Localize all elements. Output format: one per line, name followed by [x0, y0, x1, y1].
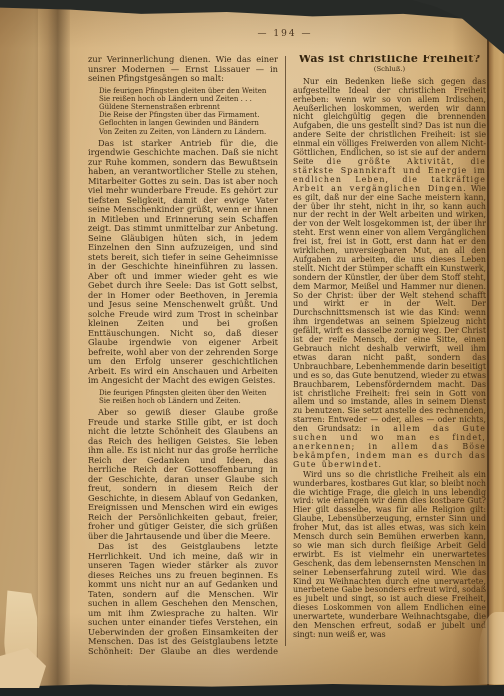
poem-line: Sie reißen hoch ob Ländern und Zeiten.	[99, 397, 278, 405]
poem-line: Die feurigen Pfingsten gleiten über den …	[99, 389, 278, 397]
poem-line: Güldene Sternenstraßen erbrennt	[99, 103, 278, 111]
adjacent-page-edge	[487, 0, 504, 696]
page-number: — 194 —	[185, 29, 385, 39]
poem-quote: Die feurigen Pfingsten gleiten über den …	[99, 389, 278, 405]
left-margin-shade	[0, 0, 38, 696]
poem-quote: Die feurigen Pfingsten gleiten über den …	[99, 87, 278, 136]
paragraph: zur Verinnerlichung dienen. Wie das eine…	[88, 55, 278, 84]
poem-line: Die Reise der Pfingsten über das Firmame…	[99, 111, 278, 119]
paragraph: Das ist starker Antrieb für die, die irg…	[88, 139, 278, 386]
paragraph: Das ist des Geistglaubens letzte Herrlic…	[88, 542, 278, 655]
poem-line: Von Zeiten zu Zeiten, von Ländern zu Län…	[99, 128, 278, 136]
poem-line: Geflochten in langen Gewinden und Bänder…	[99, 119, 278, 127]
paragraph: Aber so gewiß dieser Glaube große Freude…	[88, 408, 278, 541]
poem-line: Die feurigen Pfingsten gleiten über den …	[99, 87, 278, 95]
left-column: zur Verinnerlichung dienen. Wie das eine…	[88, 55, 278, 655]
poem-line: Sie reißen hoch ob Ländern und Zeiten . …	[99, 95, 278, 103]
column-divider	[285, 56, 286, 646]
scanned-page: — 194 — zur Verinnerlichung dienen. Wie …	[0, 0, 504, 696]
page-fold-shadow	[34, 0, 70, 696]
